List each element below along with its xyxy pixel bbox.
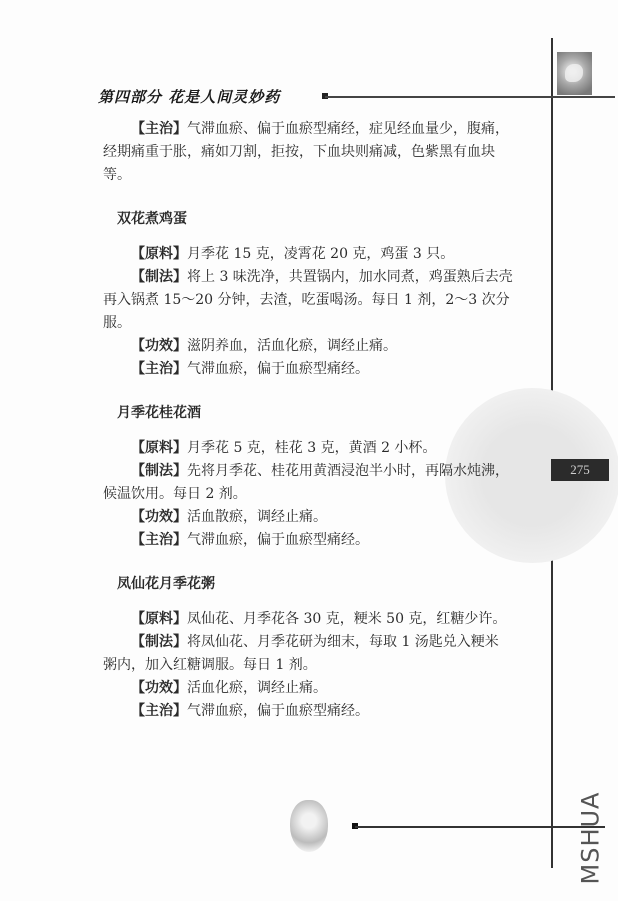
- footer-rule: [355, 826, 605, 828]
- recipe-indication: 【主治】气滞血瘀，偏于血瘀型痛经。: [103, 700, 533, 723]
- section-label: 【制法】: [131, 463, 187, 479]
- section-label: 【主治】: [131, 121, 187, 137]
- intro-line: 等。: [103, 164, 533, 187]
- section-label: 【制法】: [131, 634, 187, 650]
- section-label: 【主治】: [131, 361, 187, 377]
- recipe-method: 【制法】将凤仙花、月季花研为细末，每取 1 汤匙兑入粳米: [103, 631, 533, 654]
- recipe-ingredients: 【原料】凤仙花、月季花各 30 克，粳米 50 克，红糖少许。: [103, 608, 533, 631]
- watermark-text: MSHUA: [576, 792, 604, 885]
- recipe-method-line: 候温饮用。每日 2 剂。: [103, 483, 533, 506]
- section-label: 【制法】: [131, 269, 187, 285]
- recipe-ingredients: 【原料】月季花 15 克，凌霄花 20 克，鸡蛋 3 只。: [103, 243, 533, 266]
- recipe-method: 【制法】先将月季花、桂花用黄酒浸泡半小时，再隔水炖沸，: [103, 460, 533, 483]
- section-label: 【原料】: [131, 611, 187, 627]
- recipe-effect: 【功效】活血化瘀，调经止痛。: [103, 677, 533, 700]
- section-label: 【功效】: [131, 509, 187, 525]
- intro-indication: 【主治】气滞血瘀、偏于血瘀型痛经，症见经血量少，腹痛，: [103, 118, 533, 141]
- recipe-effect: 【功效】滋阴养血，活血化瘀，调经止痛。: [103, 335, 533, 358]
- section-label: 【主治】: [131, 703, 187, 719]
- recipe-indication: 【主治】气滞血瘀，偏于血瘀型痛经。: [103, 358, 533, 381]
- watermark: MSHUA: [580, 790, 610, 890]
- section-label: 【主治】: [131, 532, 187, 548]
- page-number: 275: [551, 459, 609, 481]
- intro-line: 经期痛重于胀，痛如刀割，拒按，下血块则痛减，色紫黑有血块: [103, 141, 533, 164]
- section-label: 【功效】: [131, 338, 187, 354]
- recipe-method-line: 粥内，加入红糖调服。每日 1 剂。: [103, 654, 533, 677]
- recipe-title: 凤仙花月季花粥: [117, 573, 533, 596]
- recipe-method-line: 服。: [103, 312, 533, 335]
- header-rule: [325, 96, 615, 98]
- footer-flower-image: [290, 800, 328, 852]
- recipe-title: 月季花桂花酒: [117, 402, 533, 425]
- page-body: 【主治】气滞血瘀、偏于血瘀型痛经，症见经血量少，腹痛， 经期痛重于胀，痛如刀割，…: [103, 118, 533, 723]
- section-label: 【功效】: [131, 680, 187, 696]
- chapter-header: 第四部分 花是人间灵妙药: [98, 86, 280, 107]
- recipe-effect: 【功效】活血散瘀，调经止痛。: [103, 506, 533, 529]
- recipe-title: 双花煮鸡蛋: [117, 208, 533, 231]
- recipe-indication: 【主治】气滞血瘀，偏于血瘀型痛经。: [103, 529, 533, 552]
- recipe-method-line: 再入锅煮 15～20 分钟，去渣，吃蛋喝汤。每日 1 剂，2～3 次分: [103, 289, 533, 312]
- recipe-ingredients: 【原料】月季花 5 克，桂花 3 克，黄酒 2 小杯。: [103, 437, 533, 460]
- corner-flower-image: [557, 52, 592, 95]
- recipe-method: 【制法】将上 3 味洗净，共置锅内，加水同煮，鸡蛋熟后去壳: [103, 266, 533, 289]
- section-label: 【原料】: [131, 440, 187, 456]
- section-label: 【原料】: [131, 246, 187, 262]
